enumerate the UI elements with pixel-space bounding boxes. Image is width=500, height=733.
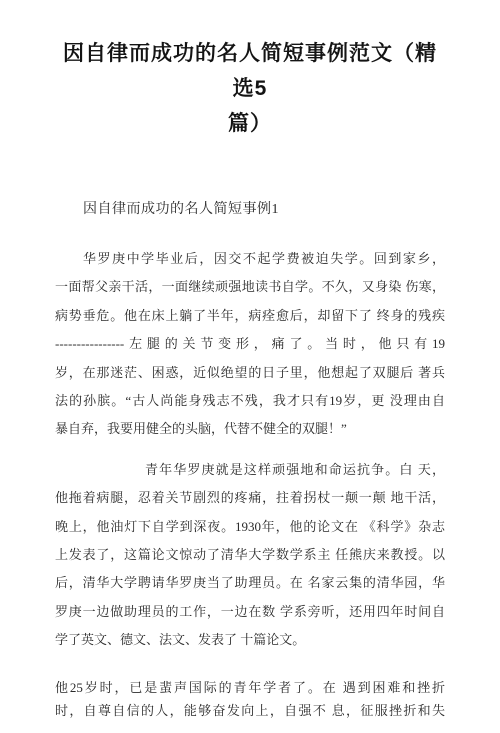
article-body: 华罗庚中学毕业后，因交不起学费被迫失学。回到家乡，一面帮父亲干活，一面继续顽强地… <box>55 245 445 722</box>
text-line: 他拖着病腿，忍着关节剧烈的疼痛，拄着拐杖一颠一颠 地干活， <box>55 484 445 512</box>
text-line: 时，自尊自信的人，能够奋发向上，自强不 息，征服挫折和失 <box>55 699 445 722</box>
text-line: 病势垂危。他在床上躺了半年，病痊愈后，却留下了 终身的残疾 <box>55 302 445 330</box>
text-line: 学了英文、德文、法文、发表了 十篇论文。 <box>55 626 445 654</box>
paragraph: 华罗庚中学毕业后，因交不起学费被迫失学。回到家乡，一面帮父亲干活，一面继续顽强地… <box>55 245 445 444</box>
text-line: 上发表了，这篇论文惊动了清华大学数学系主 任熊庆来教授。以 <box>55 541 445 569</box>
text-line: 他25岁时，已是蜚声国际的青年学者了。在 遇到困难和挫折 <box>55 676 445 699</box>
text-line: 华罗庚中学毕业后，因交不起学费被迫失学。回到家乡， <box>55 245 445 273</box>
paragraph: 青年华罗庚就是这样顽强地和命运抗争。白 天，他拖着病腿，忍着关节剧烈的疼痛，拄着… <box>55 456 445 655</box>
text-line: 晚上，他油灯下自学到深夜。1930年，他的论文在 《科学》杂志 <box>55 513 445 541</box>
page-title-line-2: 篇） <box>55 106 445 141</box>
text-line: 罗庚一边做助理员的工作，一边在数 学系旁听，还用四年时间自 <box>55 598 445 626</box>
page-title: 因自律而成功的名人简短事例范文（精选5 篇） <box>55 36 445 141</box>
text-line: ----------------左腿的关节变形，痛了。当时，他只有19 <box>55 330 445 358</box>
text-line: 法的孙膑。“古人尚能身残志不残，我才只有19岁，更 没理由自 <box>55 387 445 415</box>
paragraph: 他25岁时，已是蜚声国际的青年学者了。在 遇到困难和挫折时，自尊自信的人，能够奋… <box>55 676 445 722</box>
text-line: 青年华罗庚就是这样顽强地和命运抗争。白 天， <box>55 456 445 484</box>
text-line: 暴自弃，我要用健全的头脑，代替不健全的双腿！” <box>55 415 445 443</box>
document-page: 因自律而成功的名人简短事例范文（精选5 篇） 因自律而成功的名人简短事例1 华罗… <box>0 0 500 733</box>
text-line: 后，清华大学聘请华罗庚当了助理员。在 名家云集的清华园，华 <box>55 569 445 597</box>
text-line: 一面帮父亲干活，一面继续顽强地读书自学。不久，又身染 伤寒， <box>55 273 445 301</box>
page-title-line-1: 因自律而成功的名人简短事例范文（精选5 <box>55 36 445 106</box>
text-line: 岁，在那迷茫、困惑，近似绝望的日子里，他想起了双腿后 著兵 <box>55 359 445 387</box>
section-heading: 因自律而成功的名人简短事例1 <box>55 200 445 220</box>
